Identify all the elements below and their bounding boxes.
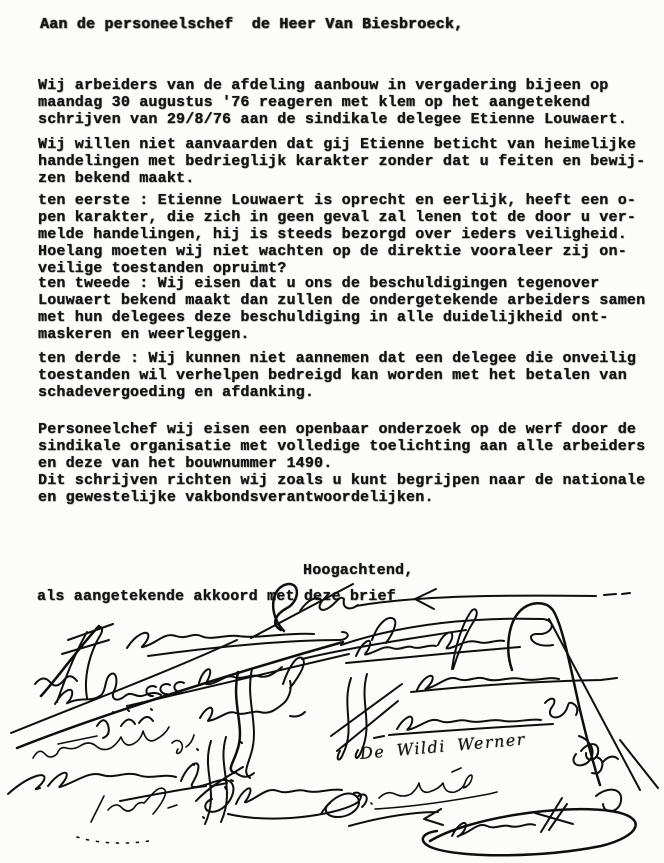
signature-scribble <box>371 768 497 809</box>
signature-flourish-over-note <box>251 584 630 638</box>
salutation-line: Aan de personeelschef de Heer Van Biesbr… <box>40 16 463 33</box>
letter-line: maandag 30 augustus '76 reageren met kle… <box>38 94 627 111</box>
letter-line: Wij arbeiders van de afdeling aanbouw in… <box>38 77 627 94</box>
letter-line: ten derde : Wij kunnen niet aannemen dat… <box>38 350 636 367</box>
signature-large-arc <box>508 603 658 790</box>
letter-line: en gewestelijke vakbondsverantwoordelijk… <box>38 489 645 506</box>
signature-scribble <box>35 624 113 702</box>
signature-scribble <box>225 780 361 819</box>
scanned-letter: Aan de personeelschef de Heer Van Biesbr… <box>0 0 664 863</box>
letter-line: Wij willen niet aanvaarden dat gij Etien… <box>38 136 645 153</box>
paragraph-2: Wij willen niet aanvaarden dat gij Etien… <box>38 136 645 187</box>
letter-line: melde handelingen, hij is steeds bezorgd… <box>38 226 636 243</box>
letter-line: met hun delegees deze beschuldiging in a… <box>38 309 645 326</box>
paragraph-ten-tweede: ten tweede : Wij eisen dat u ons de besc… <box>38 275 645 343</box>
signature-scribble <box>321 793 367 817</box>
signature-scribble <box>231 669 254 778</box>
signature-scribble <box>8 763 233 811</box>
paragraph-demand: Personeelchef wij eisen een openbaar ond… <box>38 421 645 506</box>
letter-line: Louwaert bekend maakt dan zullen de onde… <box>38 292 645 309</box>
letter-line: Personeelchef wij eisen een openbaar ond… <box>38 421 645 438</box>
paragraph-ten-eerste: ten eerste : Etienne Louwaert is oprecht… <box>38 192 636 277</box>
dotted-pen-trail <box>77 837 149 843</box>
letter-line: zen bekend maakt. <box>38 170 645 187</box>
letter-line: sindikale organisatie met volledige toel… <box>38 438 645 455</box>
letter-line: handelingen met bedrieglijk karakter zon… <box>38 153 645 170</box>
signature-scribble <box>411 676 617 718</box>
letter-line: pen karakter, die zich in geen geval zal… <box>38 209 636 226</box>
letter-line: maskeren en weerleggen. <box>38 326 645 343</box>
letter-line: schadevergoeding en afdanking. <box>38 384 636 401</box>
paragraph-ten-derde: ten derde : Wij kunnen niet aannemen dat… <box>38 350 636 401</box>
signature-scribble <box>127 632 348 656</box>
signatures-area <box>0 575 664 863</box>
paragraph-1: Wij arbeiders van de afdeling aanbouw in… <box>38 77 627 128</box>
letter-line: ten tweede : Wij eisen dat u ons de besc… <box>38 275 645 292</box>
letter-line: Hoelang moeten wij niet wachten op de di… <box>38 243 636 260</box>
letter-line: schrijven van 29/8/76 aan de sindikale d… <box>38 111 627 128</box>
signature-scribble <box>581 744 621 811</box>
letter-line: ten eerste : Etienne Louwaert is oprecht… <box>38 192 636 209</box>
signature-oval-bottom <box>349 798 636 855</box>
letter-line: toestanden wil verhelpen bedreigd kan wo… <box>38 367 636 384</box>
letter-line: en deze van het bouwnummer 1490. <box>38 455 645 472</box>
letter-line: Dit schrijven richten wij zoals u kunt b… <box>38 472 645 489</box>
